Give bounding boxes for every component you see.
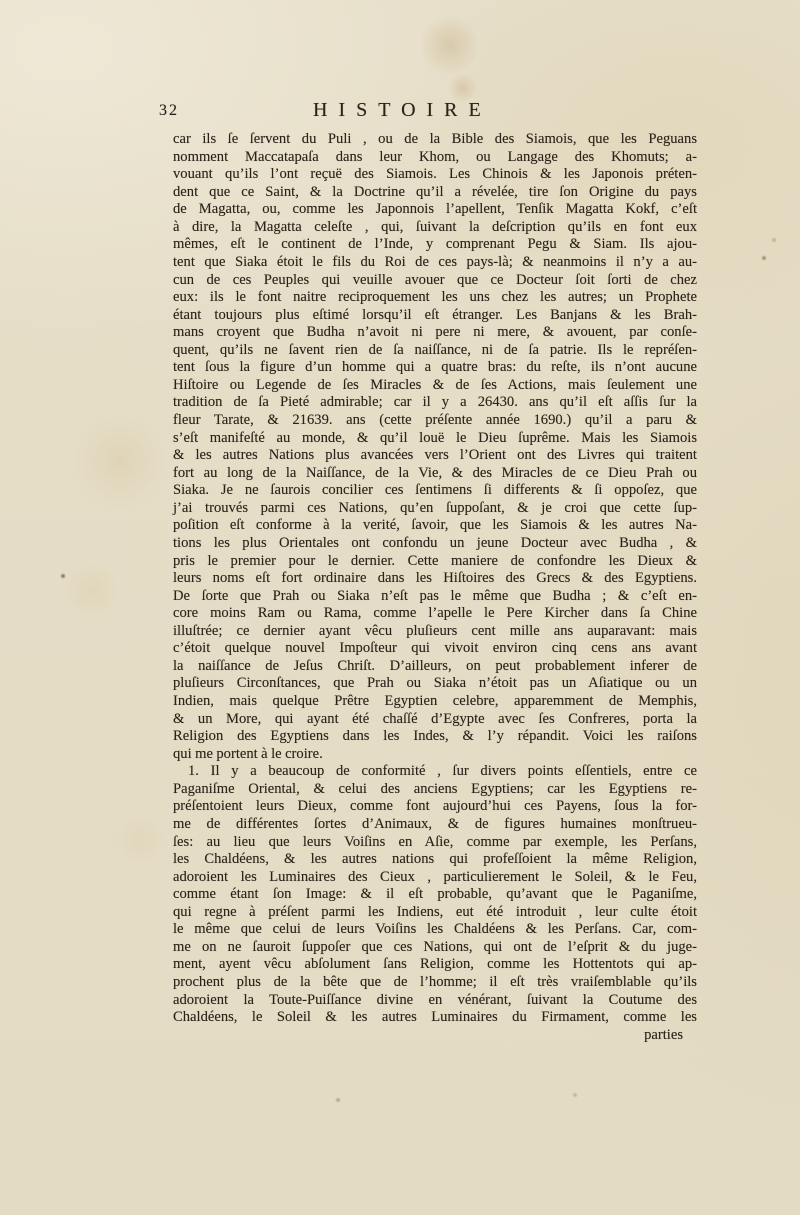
text-line: qui regne à préſent parmi les Indiens, e… [173, 904, 697, 922]
text-line: adoroient la Toute-Puiſſance divine en v… [173, 992, 697, 1010]
page-text: car ils ſe ſervent du Puli , ou de la Bi… [173, 131, 697, 1044]
text-line: me on ne ſauroit ſuppoſer que ces Nation… [173, 939, 697, 957]
text-line: core moins Ram ou Rama, comme l’apelle l… [173, 605, 697, 623]
text-line: comme étant ſon Image: & il eſt probable… [173, 886, 697, 904]
text-line: leurs noms eſt fort ordinaire dans les H… [173, 570, 697, 588]
text-line: préſentoient leurs Dieux, comme font auj… [173, 798, 697, 816]
text-line: De ſorte que Prah ou Siaka n’eſt pas le … [173, 588, 697, 606]
text-line: pluſieurs Circonſtances, que Prah ou Sia… [173, 675, 697, 693]
text-line: s’eſt manifeſté au monde, & qu’il louë l… [173, 430, 697, 448]
text-line: le même que celui de leurs Voiſins les C… [173, 921, 697, 939]
text-line: la naiſſance de Jeſus Chriſt. D’ailleurs… [173, 658, 697, 676]
text-line: ſes: au lieu que leurs Voiſins en Aſie, … [173, 834, 697, 852]
text-line: fort au long de la Naiſſance, de la Vie,… [173, 465, 697, 483]
text-line: eux: ils le font naitre reciproquement l… [173, 289, 697, 307]
text-line: tent ſous la figure d’un homme qui a qua… [173, 359, 697, 377]
text-line: fleur Tarate, & 21639. ans (cette préſen… [173, 412, 697, 430]
text-line: Hiſtoire ou Legende de ſes Miracles & de… [173, 377, 697, 395]
text-line: tradition de ſa Pieté admirable; car il … [173, 394, 697, 412]
text-line: & un More, qui ayant été chaſſé d’Egypte… [173, 711, 697, 729]
text-line: adoroient les Luminaires des Cieux , par… [173, 869, 697, 887]
text-line: prochent plus de la bête que de l’homme;… [173, 974, 697, 992]
running-title: HISTOIRE [313, 99, 492, 122]
page-number: 32 [159, 102, 179, 120]
text-line: & les autres Nations plus avancées vers … [173, 447, 697, 465]
text-line: pris le premier pour le dernier. Cette m… [173, 553, 697, 571]
text-line: étant toujours plus eſtimé lorsqu’il eſt… [173, 307, 697, 325]
text-line: Siaka. Je ne ſaurois concilier ces ſenti… [173, 482, 697, 500]
text-line: mans croyent que Budha n’avoit ni pere n… [173, 324, 697, 342]
book-page-scan: 32 HISTOIRE car ils ſe ſervent du Puli ,… [0, 0, 800, 1215]
text-line: poſition eſt conforme à la verité, ſavoi… [173, 517, 697, 535]
text-line: Paganiſme Oriental, & celui des anciens … [173, 781, 697, 799]
text-line: les Chaldéens, & les autres nations qui … [173, 851, 697, 869]
text-line: Chaldéens, le Soleil & les autres Lumina… [173, 1009, 697, 1027]
text-line: vouant qu’ils l’ont reçuë des Siamois. L… [173, 166, 697, 184]
text-line: tent que Siaka étoit le fils du Roi de c… [173, 254, 697, 272]
text-line: nomment Maccatapaſa dans leur Khom, ou L… [173, 149, 697, 167]
text-line: Religion des Egyptiens dans les Indes, &… [173, 728, 697, 746]
text-line: illuſtrée; ce dernier ayant vêcu pluſieu… [173, 623, 697, 641]
text-line: quent, qu’ils ne ſavent rien de ſa naiſſ… [173, 342, 697, 360]
text-line: cun de ces Peuples qui veuille avouer qu… [173, 272, 697, 290]
text-line: qui me portent à le croire. [173, 746, 697, 764]
text-line: à dire, la Magatta celeſte , qui, ſuivan… [173, 219, 697, 237]
text-line: car ils ſe ſervent du Puli , ou de la Bi… [173, 131, 697, 149]
catchword: parties [173, 1027, 697, 1045]
text-line: j’ai trouvés parmi ces Nations, qu’en ſu… [173, 500, 697, 518]
text-line: dent que ce Saint, & la Doctrine qu’il a… [173, 184, 697, 202]
text-line: de Magatta, ou, comme les Japonnois l’ap… [173, 201, 697, 219]
text-line: me de différentes ſortes d’Animaux, & de… [173, 816, 697, 834]
text-line: mêmes, eſt le continent de l’Inde, y com… [173, 236, 697, 254]
text-line: ment, ayent vêcu abſolument ſans Religio… [173, 956, 697, 974]
text-line: Indien, mais quelque Prêtre Egyptien cel… [173, 693, 697, 711]
text-line: c’étoit quelque nouvel Impoſteur qui viv… [173, 640, 697, 658]
text-line: 1. Il y a beaucoup de conformité , ſur d… [173, 763, 697, 781]
text-line: tions les plus Orientales ont confondu u… [173, 535, 697, 553]
